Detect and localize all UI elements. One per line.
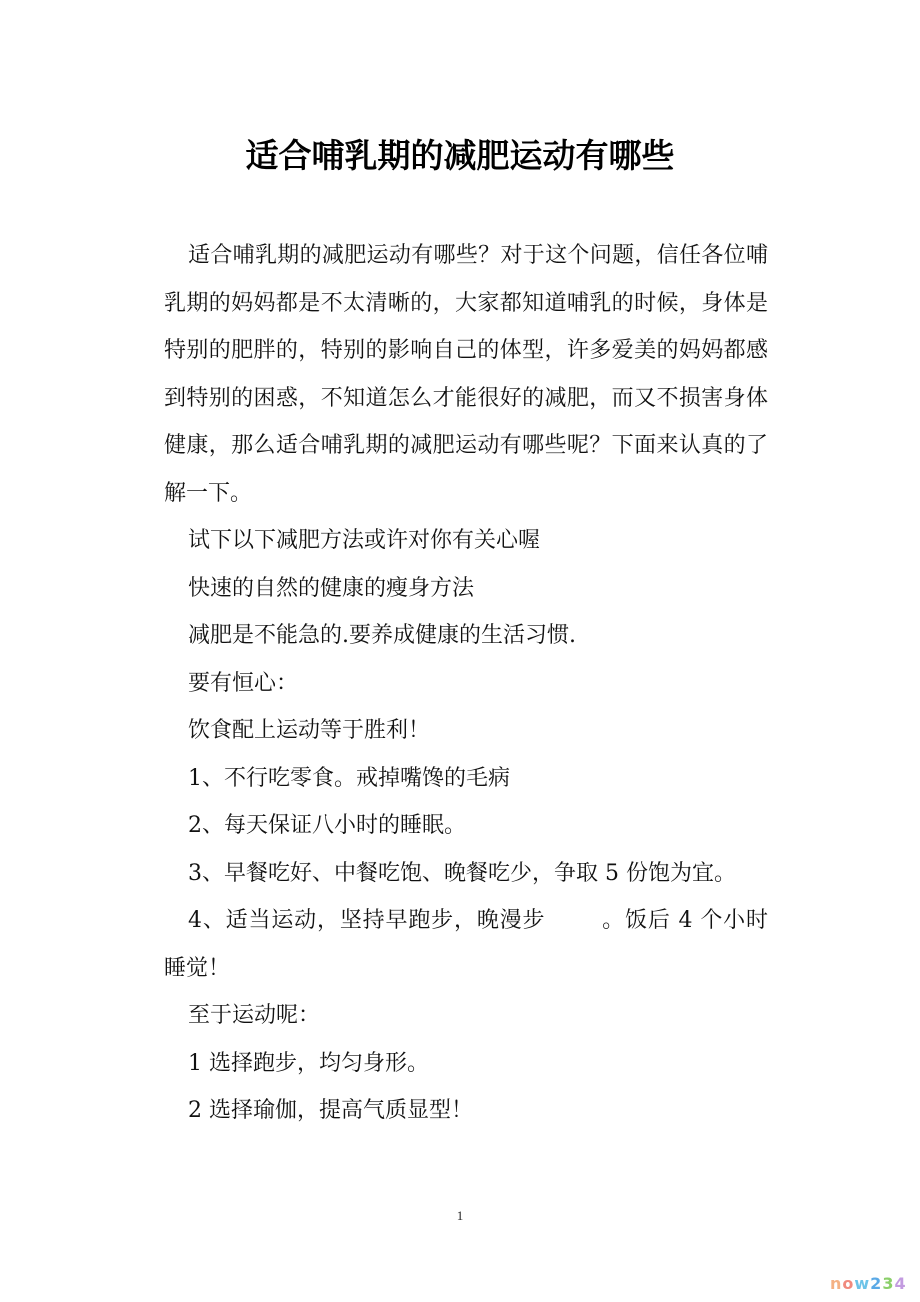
list-item-4: 4、适当运动，坚持早跑步，晚漫步。饭后 4 个小时睡觉！	[164, 897, 768, 992]
paragraph-no-rush: 减肥是不能急的.要养成健康的生活习惯.	[164, 612, 768, 660]
document-body: 适合哺乳期的减肥运动有哪些？对于这个问题，信任各位哺乳期的妈妈都是不太清晰的，大…	[164, 232, 768, 1135]
document-title: 适合哺乳期的减肥运动有哪些	[0, 133, 920, 179]
paragraph-try-methods: 试下以下减肥方法或许对你有关心喔	[164, 517, 768, 565]
list-item-4-part1: 4、适当运动，坚持早跑步，晚漫步	[188, 908, 545, 933]
watermark-char: 4	[894, 1274, 906, 1294]
document-page: 适合哺乳期的减肥运动有哪些 适合哺乳期的减肥运动有哪些？对于这个问题，信任各位哺…	[0, 0, 920, 1302]
watermark-char: 3	[882, 1274, 894, 1294]
paragraph-diet-exercise: 饮食配上运动等于胜利！	[164, 707, 768, 755]
paragraph-perseverance: 要有恒心：	[164, 660, 768, 708]
watermark-char: w	[854, 1274, 870, 1294]
watermark-logo: now234	[830, 1274, 907, 1294]
intro-paragraph: 适合哺乳期的减肥运动有哪些？对于这个问题，信任各位哺乳期的妈妈都是不太清晰的，大…	[164, 232, 768, 517]
watermark-char: 2	[870, 1274, 882, 1294]
watermark-char: o	[842, 1274, 854, 1294]
exercise-item-2: 2 选择瑜伽，提高气质显型！	[164, 1087, 768, 1135]
exercise-item-1: 1 选择跑步，均匀身形。	[164, 1040, 768, 1088]
watermark-char: n	[830, 1274, 842, 1294]
page-number: 1	[0, 1208, 920, 1224]
list-item-2: 2、每天保证八小时的睡眠。	[164, 802, 768, 850]
paragraph-exercise-intro: 至于运动呢：	[164, 992, 768, 1040]
paragraph-fast-natural: 快速的自然的健康的瘦身方法	[164, 565, 768, 613]
list-item-1: 1、不行吃零食。戒掉嘴馋的毛病	[164, 755, 768, 803]
list-item-3: 3、早餐吃好、中餐吃饱、晚餐吃少，争取 5 份饱为宜。	[164, 850, 768, 898]
